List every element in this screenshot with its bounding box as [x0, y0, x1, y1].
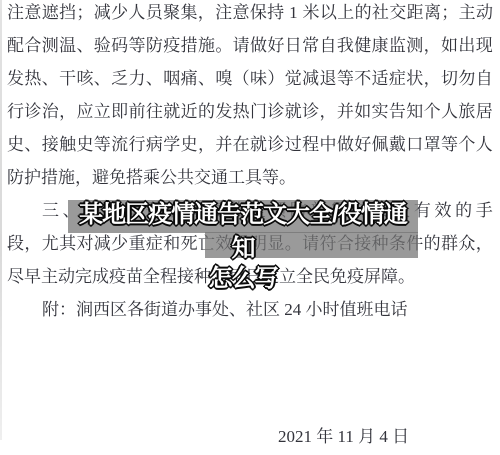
text-line: 注意遮挡；减少人员聚集，注意保持 1 米以上的社交距离；主动 [7, 0, 493, 29]
scan-edge-artifact [0, 0, 2, 440]
text-line: 史、接触史等流行病学史，并在就诊过程中做好佩戴口罩等个人 [7, 128, 493, 161]
attachment-line: 附：涧西区各街道办事处、社区 24 小时值班电话 [7, 293, 493, 326]
document-page: 注意遮挡；减少人员聚集，注意保持 1 米以上的社交距离；主动 配合测温、验码等防… [0, 0, 500, 455]
watermark-title: 某地区疫情通告范文大全/役情通知 怎么写 [68, 198, 418, 292]
text-line: 配合测温、验码等防疫措施。请做好日常自我健康监测，如出现 [7, 29, 493, 62]
text-line: 防护措施，避免搭乘公共交通工具等。 [7, 161, 493, 194]
date-line: 2021 年 11 月 4 日 [278, 420, 409, 453]
text-line: 行诊治，应立即前往就近的发热门诊就诊，并如实告知个人旅居 [7, 95, 493, 128]
text-line: 发热、干咳、乏力、咽痛、嗅（味）觉减退等不适症状，切勿自 [7, 62, 493, 95]
watermark-title-line1: 某地区疫情通告范文大全/役情通知 [68, 198, 418, 266]
watermark-title-line2: 怎么写 [68, 266, 418, 292]
